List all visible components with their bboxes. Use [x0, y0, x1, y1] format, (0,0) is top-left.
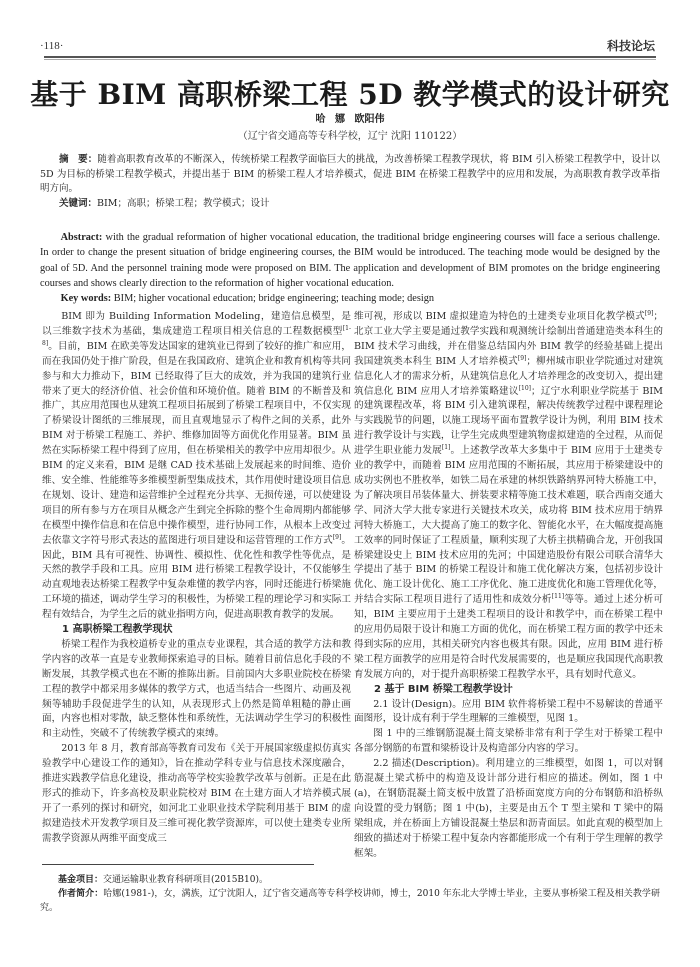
header-rule-thin [44, 59, 656, 60]
text-run: 。上述教学改革大多集中于 BIM 应用于土建类专业的教学中，而随着 BIM 应用… [354, 445, 663, 605]
article-title: 基于 BIM 高职桥梁工程 5D 教学模式的设计研究 [0, 73, 700, 113]
section-heading-2: 2 基于 BIM 桥梁工程教学设计 [354, 683, 663, 698]
page-number: ·118· [40, 40, 63, 52]
paragraph: 2.2 描述(Description)。利用建立的三维模型，如图 1，可以对钢筋… [354, 757, 663, 861]
text-run: 。目前，BIM 在欧美等发达国家的建筑业已得到了较好的推广和应用，而在我国仍处于… [42, 341, 351, 546]
paragraph: 2.1 设计(Design)。应用 BIM 软件将桥梁工程中不易解读的普通平面图… [354, 698, 663, 728]
body-column-right: 维可视，形成以 BIM 虚拟建造为特色的土建类专业项目化教学模式[9]；北京工业… [354, 310, 663, 862]
abstract-cn: 摘 要：随着高职教育改革的不断深入，传统桥梁工程教学面临巨大的挑战，为改善桥梁工… [40, 153, 660, 197]
affiliation: （辽宁省交通高等专科学校，辽宁 沈阳 110122） [0, 127, 700, 142]
running-head: 科技论坛 [607, 37, 655, 54]
header-rule [44, 56, 656, 58]
author-note: 作者简介：哈娜(1981-)，女，满族，辽宁沈阳人，辽宁省交通高等专科学校讲师，… [40, 887, 660, 915]
keywords-cn: 关键词：BIM；高职；桥梁工程；教学模式；设计 [40, 197, 660, 211]
keywords-cn-text: BIM；高职；桥梁工程；教学模式；设计 [97, 198, 269, 209]
paragraph: 2013 年 8 月，教育部高等教育司发布《关于开展国家级虚拟仿真实验教学中心建… [42, 742, 351, 846]
abstract-cn-text: 随着高职教育改革的不断深入，传统桥梁工程教学面临巨大的挑战，为改善桥梁工程教学现… [40, 154, 660, 194]
text-run: BIM 即为 Building Information Modeling，建造信… [42, 311, 351, 337]
text-run: 维可视，形成以 BIM 虚拟建造为特色的土建类专业项目化教学模式 [354, 311, 645, 322]
footnote-rule [42, 864, 314, 865]
footnotes: 基金项目：交通运输职业教育科研项目(2015B10)。 作者简介：哈娜(1981… [40, 873, 660, 915]
keywords-en-text: BIM; higher vocational education; bridge… [111, 293, 434, 304]
paragraph: 桥梁工程作为我校道桥专业的重点专业课程，其合适的教学方法和教学内容的改革一直是专… [42, 638, 351, 742]
fund-note: 基金项目：交通运输职业教育科研项目(2015B10)。 [40, 873, 660, 887]
citation: [10] [519, 385, 531, 392]
body-column-left: BIM 即为 Building Information Modeling，建造信… [42, 310, 351, 847]
paragraph: BIM 即为 Building Information Modeling，建造信… [42, 310, 351, 623]
author-text: 哈娜(1981-)，女，满族，辽宁沈阳人，辽宁省交通高等专科学校讲师，博士，20… [40, 889, 660, 913]
text-run: 等等。通过上述分析可知，BIM 主要应用于土建类工程项目的设计和教学中，而在桥梁… [354, 594, 663, 680]
keywords-cn-label: 关键词： [59, 198, 97, 209]
abstract-en-text: with the gradual reformation of higher v… [40, 232, 660, 289]
keywords-en-label: Key words: [61, 293, 112, 304]
authors: 哈 娜 欧阳伟 [0, 110, 700, 125]
author-label: 作者简介： [58, 889, 103, 899]
section-heading-1: 1 高职桥梁工程教学现状 [42, 623, 351, 638]
paragraph: 图 1 中的三维钢筋混凝土简支梁桥非常有利于学生对于桥梁工程中各部分钢筋的布置和… [354, 727, 663, 757]
text-run: 。因此，BIM 具有可视性、协调性、模拟性、优化性和教学性等优点，是天然的教学手… [42, 535, 351, 621]
fund-label: 基金项目： [58, 875, 103, 885]
abstract-en: Abstract: with the gradual reformation o… [40, 230, 660, 291]
abstract-en-label: Abstract: [61, 232, 103, 243]
keywords-en: Key words: BIM; higher vocational educat… [40, 292, 660, 306]
citation: [11] [552, 593, 564, 600]
paragraph: 维可视，形成以 BIM 虚拟建造为特色的土建类专业项目化教学模式[9]；北京工业… [354, 310, 663, 683]
abstract-cn-label: 摘 要： [59, 154, 97, 165]
fund-text: 交通运输职业教育科研项目(2015B10)。 [103, 875, 268, 885]
